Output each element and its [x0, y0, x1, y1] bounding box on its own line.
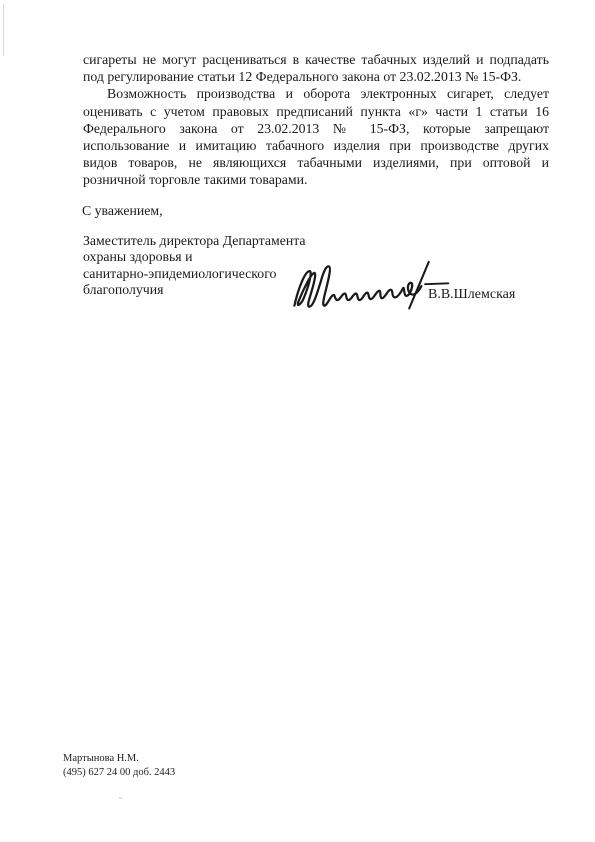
executor-phone: (495) 627 24 00 доб. 2443 [63, 766, 175, 780]
letter-page: сигареты не могут расцениваться в качест… [0, 0, 595, 842]
scan-artifact-speck [119, 797, 122, 799]
scan-artifact-line [3, 4, 4, 56]
signer-title-line: Заместитель директора Департамента [83, 233, 323, 249]
body-line: сигареты не могут расцениваться в качест… [83, 51, 549, 68]
body-line: видов товаров, не являющихся табачными и… [83, 154, 549, 171]
body-line: использование и имитацию табачного издел… [83, 137, 549, 154]
body-line: оценивать с учетом правовых предписаний … [83, 103, 549, 120]
signer-name: В.В.Шлемская [428, 287, 515, 303]
body-line: Федерального закона от 23.02.2013 № 15-Ф… [83, 120, 549, 137]
executor-info: Мартынова Н.М. (495) 627 24 00 доб. 2443 [63, 752, 175, 779]
body-line: под регулирование статьи 12 Федерального… [83, 68, 549, 85]
closing-salutation: С уважением, [82, 203, 163, 219]
executor-name: Мартынова Н.М. [63, 752, 175, 766]
body-line: розничной торговле такими товарами. [83, 171, 549, 188]
body-line: Возможность производства и оборота элект… [83, 85, 549, 102]
letter-body: сигареты не могут расцениваться в качест… [83, 51, 549, 189]
